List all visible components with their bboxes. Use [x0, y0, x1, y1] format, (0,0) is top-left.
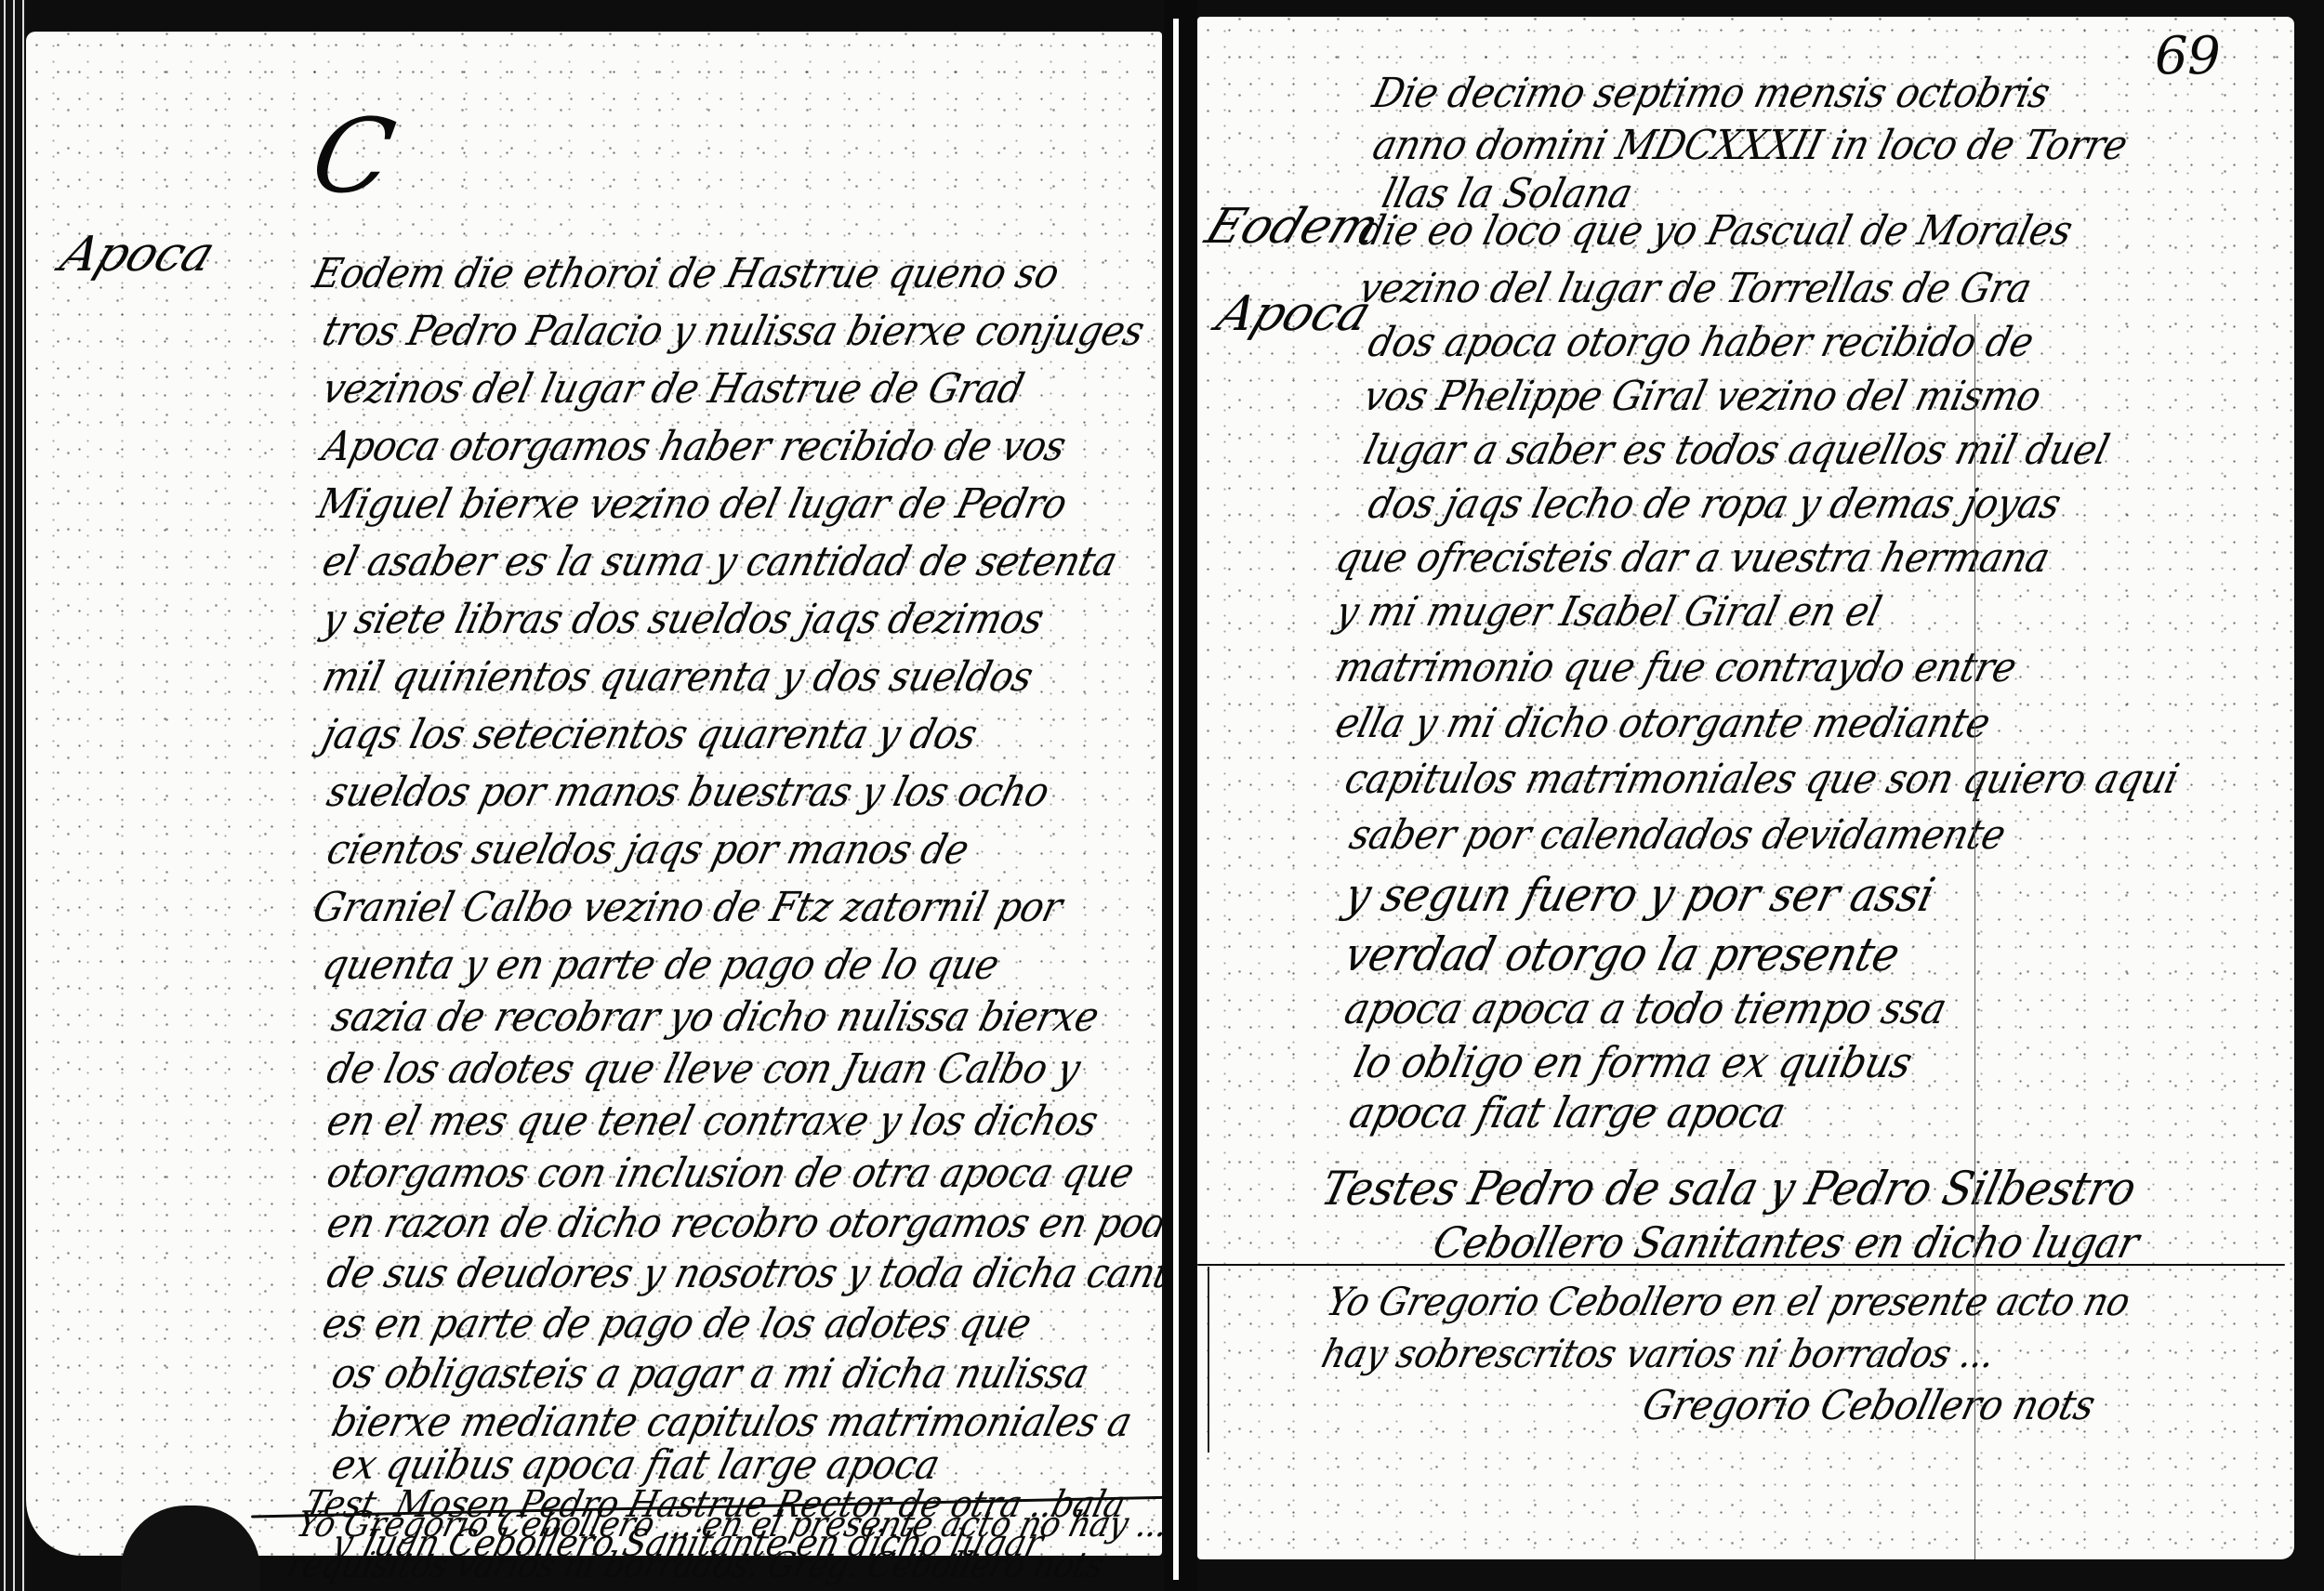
- text-line: cientos sueldos jaqs por manos de: [321, 822, 974, 879]
- text-line: lo obligo en forma ex quibus: [1348, 1033, 1918, 1091]
- text-line: de los adotes que lleve con Juan Calbo y: [321, 1041, 1086, 1098]
- text-line: en razon de dicho recobro otorgamos en p…: [321, 1195, 1162, 1253]
- text-line: Eodem die ethoroi de Hastrue queno so: [307, 245, 1064, 303]
- header-line: Die decimo septimo mensis octobris: [1367, 65, 2055, 123]
- text-line: matrimonio que fue contraydo entre: [1329, 639, 2022, 697]
- left-page: C Apoca Eodem die ethoroi de Hastrue que…: [26, 32, 1162, 1556]
- right-page: 69 Die decimo septimo mensis octobris an…: [1197, 17, 2294, 1559]
- text-line: sueldos por manos buestras y los ocho: [321, 764, 1055, 822]
- text-line: que ofrecisteis dar a vuestra hermana: [1329, 530, 2055, 587]
- text-line: vezino del lugar de Torrellas de Gra: [1353, 260, 2037, 318]
- text-line: vezinos del lugar de Hastrue de Grad: [316, 361, 1029, 418]
- attestation-line: hay sobrescritos varios ni borrados ...: [1315, 1325, 2000, 1383]
- text-line: mil quinientos quarenta y dos sueldos: [316, 649, 1038, 706]
- page-number: 69: [2155, 26, 2220, 86]
- witness-line: Testes Pedro de sala y Pedro Silbestro: [1315, 1160, 2142, 1217]
- text-line: die eo loco que yo Pascual de Morales: [1353, 203, 2078, 260]
- witness-line: Cebollero Sanitantes en dicho lugar: [1427, 1214, 2145, 1271]
- text-line: jaqs los setecientos quarenta y dos: [316, 706, 983, 764]
- text-line: otorgamos con inclusion de otra apoca qu…: [321, 1145, 1140, 1203]
- signature: Gregorio Cebollero nots: [1636, 1377, 2100, 1435]
- top-initial: C: [304, 97, 403, 216]
- text-line: Miguel bierxe vezino del lugar de Pedro: [311, 476, 1073, 533]
- text-line: Apoca otorgamos haber recibido de vos: [316, 418, 1071, 476]
- text-line: dos apoca otorgo haber recibido de: [1362, 314, 2039, 372]
- text-line: sazia de recobrar yo dicho nulissa bierx…: [325, 989, 1104, 1046]
- text-line: capitulos matrimoniales que son quiero a…: [1339, 751, 2185, 809]
- attestation-line: requisitos varios ni borrados. Greg. Ceb…: [283, 1543, 1108, 1587]
- text-line: saber por calendados devidamente: [1343, 807, 2011, 864]
- text-line: dos jaqs lecho de ropa y demas joyas: [1362, 476, 2067, 533]
- divider-rule: [1197, 1264, 2285, 1266]
- text-line: el asaber es la suma y cantidad de seten…: [316, 533, 1123, 591]
- text-line: apoca fiat large apoca: [1343, 1084, 1791, 1141]
- text-line: Graniel Calbo vezino de Ftz zatornil por: [307, 879, 1067, 937]
- margin-note-apoca: Apoca: [53, 227, 222, 283]
- text-line: apoca apoca a todo tiempo ssa: [1339, 980, 1952, 1037]
- text-line: tros Pedro Palacio y nulissa bierxe conj…: [316, 303, 1150, 361]
- text-line: y mi muger Isabel Giral en el: [1329, 584, 1887, 641]
- text-line: y siete libras dos sueldos jaqs dezimos: [316, 591, 1049, 649]
- text-line: es en parte de pago de los adotes que: [316, 1295, 1037, 1353]
- text-line: verdad otorgo la presente: [1339, 926, 1905, 983]
- book-edge-right: [2294, 0, 2324, 1591]
- text-line: vos Phelippe Giral vezino del mismo: [1357, 368, 2047, 426]
- book-gutter: [1164, 0, 1197, 1591]
- margin-rule: [1208, 1267, 1209, 1453]
- text-line: quenta y en parte de pago de lo que: [316, 937, 1005, 994]
- text-line: en el mes que tenel contraxe y los dicho…: [321, 1093, 1103, 1151]
- gutter-highlight: [1173, 19, 1179, 1580]
- text-line: y segun fuero y por ser assi: [1339, 866, 1940, 924]
- text-line: lugar a saber es todos aquellos mil duel: [1357, 422, 2115, 480]
- attestation-line: Yo Gregorio Cebollero en el presente act…: [1320, 1273, 2135, 1331]
- text-line: ella y mi dicho otorgante mediante: [1329, 695, 1996, 753]
- text-line: de sus deudores y nosotros y toda dicha …: [321, 1245, 1162, 1303]
- scanned-spread: C Apoca Eodem die ethoroi de Hastrue que…: [0, 0, 2324, 1591]
- attestation-line: Yo Gregorio Cebollero ... en el presente…: [292, 1502, 1172, 1546]
- book-edge-left: [0, 0, 26, 1591]
